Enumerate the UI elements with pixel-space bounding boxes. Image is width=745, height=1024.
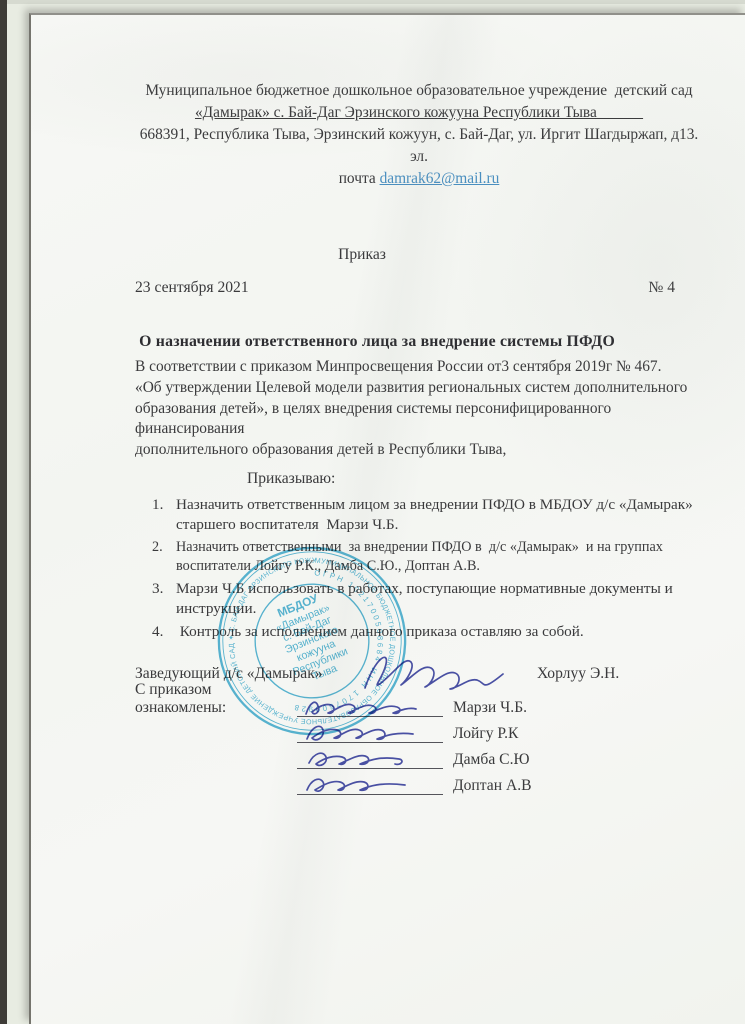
director-name: Хорлуу Э.Н. xyxy=(537,665,619,683)
scanned-document: Муниципальное бюджетное дошкольное образ… xyxy=(0,0,745,1024)
preamble-line: В соответствии с приказом Минпросвещения… xyxy=(135,357,703,378)
ack-name: Доптан А.В xyxy=(453,777,532,795)
handwritten-signature-loygu xyxy=(301,720,421,746)
order-item-3: 3. Марзи Ч.Б использовать в работах, пос… xyxy=(152,579,703,619)
email-link[interactable]: damrak62@mail.ru xyxy=(380,170,500,187)
ack-row-1: С приказом ознакомлены: Марзи Ч.Б. xyxy=(135,691,703,717)
signature-line xyxy=(297,694,443,717)
scanner-bed-left-edge xyxy=(0,0,7,1024)
handwritten-signature-damba xyxy=(301,746,421,772)
order-item-2: 2. Назначить ответственными за внедрении… xyxy=(152,538,703,576)
date-number-row: 23 сентября 2021 № 4 xyxy=(135,277,703,298)
handwritten-signature-marzi xyxy=(301,694,421,720)
org-name-line2: «Дамырак» с. Бай-Даг Эрзинского кожууна … xyxy=(135,102,703,124)
order-heading: Приказ xyxy=(135,244,589,265)
handwritten-signature-doptan xyxy=(301,772,421,798)
signature-line xyxy=(297,772,443,795)
ack-row-3: Дамба С.Ю xyxy=(135,743,703,769)
item-number: 2. xyxy=(152,538,176,576)
signature-line xyxy=(297,720,443,743)
order-item-4: 4. Контроль за исполнением данного прика… xyxy=(152,622,703,642)
item-number: 3. xyxy=(152,579,176,619)
document-page: Муниципальное бюджетное дошкольное образ… xyxy=(29,13,745,1024)
item-text: Контроль за исполнением данного приказа … xyxy=(176,622,703,642)
signatures-section: Заведующий д/с «Дамырак» Хорлуу Э.Н. С п… xyxy=(135,657,703,795)
preamble-line: образования детей», в целях внедрения си… xyxy=(135,399,703,441)
ack-row-2: Лойгу Р.К xyxy=(135,717,703,743)
preamble-line: дополнительного образования детей в Респ… xyxy=(135,440,703,461)
resolution-word: Приказываю: xyxy=(247,468,703,489)
ack-name: Дамба С.Ю xyxy=(453,751,530,769)
signature-line xyxy=(297,746,443,769)
order-subject: О назначении ответственного лица за внед… xyxy=(135,331,703,352)
org-name-line1: Муниципальное бюджетное дошкольное образ… xyxy=(135,80,703,102)
email-prefix: почта xyxy=(339,170,380,187)
letterhead: Муниципальное бюджетное дошкольное образ… xyxy=(135,80,703,190)
ack-name: Лойгу Р.К xyxy=(453,725,518,743)
ack-name: Марзи Ч.Б. xyxy=(453,699,527,717)
order-items: 1. Назначить ответственным лицом за внед… xyxy=(135,495,703,641)
item-number: 4. xyxy=(152,622,176,642)
order-date: 23 сентября 2021 xyxy=(135,277,249,298)
ack-label: С приказом ознакомлены: xyxy=(135,681,295,717)
item-text: Марзи Ч.Б использовать в работах, поступ… xyxy=(176,579,703,619)
scanner-bed-top-edge xyxy=(0,0,745,4)
director-handwritten-signature xyxy=(359,648,509,696)
org-address: 668391, Республика Тыва, Эрзинский кожуу… xyxy=(135,124,703,168)
order-item-1: 1. Назначить ответственным лицом за внед… xyxy=(152,495,703,535)
org-email-line: почта damrak62@mail.ru xyxy=(135,168,703,190)
order-preamble: В соответствии с приказом Минпросвещения… xyxy=(135,357,703,461)
item-text: Назначить ответственными за внедрении ПФ… xyxy=(176,538,703,576)
item-text: Назначить ответственным лицом за внедрен… xyxy=(176,495,703,535)
item-number: 1. xyxy=(152,495,176,535)
order-number: № 4 xyxy=(648,277,675,298)
ack-row-4: Доптан А.В xyxy=(135,769,703,795)
preamble-line: «Об утверждении Целевой модели развития … xyxy=(135,378,703,399)
